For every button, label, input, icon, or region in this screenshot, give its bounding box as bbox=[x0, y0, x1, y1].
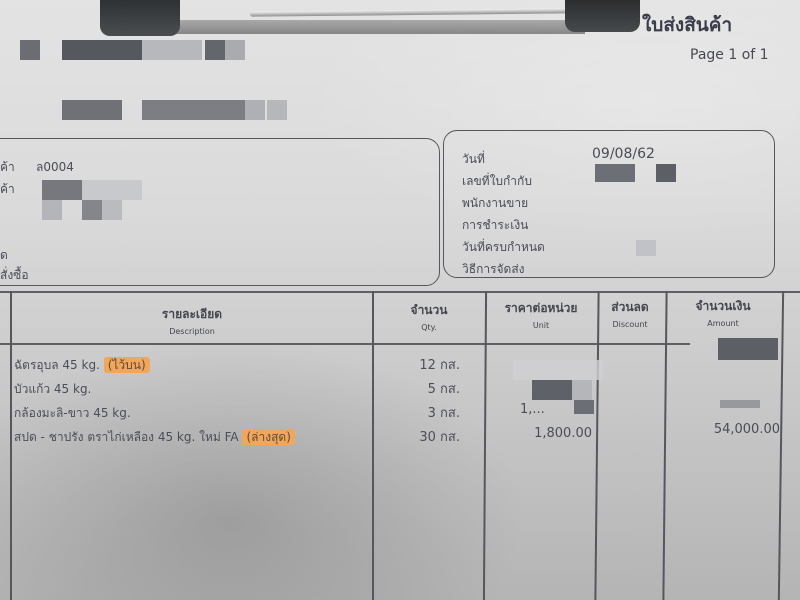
redacted-amount bbox=[720, 400, 760, 408]
redacted-address bbox=[62, 100, 122, 120]
item-qty: 30 กส. bbox=[390, 426, 460, 447]
redacted-invoice-number bbox=[656, 164, 676, 182]
binder-clip-left bbox=[100, 0, 180, 36]
invoice-number-label: เลขที่ใบกำกับ bbox=[462, 172, 532, 191]
item-amount: 54,000.00 bbox=[680, 422, 780, 437]
item-unit-price: 1,800.00 bbox=[500, 426, 592, 441]
table-header-bottom-border bbox=[0, 343, 690, 345]
header-unit-en: Unit bbox=[486, 321, 596, 330]
redacted-unit-price bbox=[513, 360, 603, 380]
item-description: บัวแก้ว 45 kg. bbox=[14, 382, 91, 396]
table-row-description: ฉัตรอุบล 45 kg. (ไว้บน) bbox=[14, 356, 150, 375]
item-qty: 3 กส. bbox=[390, 402, 460, 423]
redacted-unit-price bbox=[572, 380, 592, 400]
table-row-description: สปด - ชาปรัง ตราไก่เหลือง 45 kg. ใหม่ FA… bbox=[14, 428, 295, 447]
document-title: ใบส่งสินค้า bbox=[642, 10, 732, 40]
header-unit: ราคาต่อหน่วย Unit bbox=[486, 299, 596, 330]
redacted-customer-name bbox=[82, 180, 142, 200]
header-unit-th: ราคาต่อหน่วย bbox=[486, 299, 596, 318]
redacted-company-name bbox=[142, 40, 202, 60]
payment-label: การชำระเงิน bbox=[462, 216, 528, 235]
item-description: ฉัตรอุบล 45 kg. bbox=[14, 358, 100, 372]
header-description-th: รายละเอียด bbox=[12, 305, 372, 324]
item-qty: 12 กส. bbox=[390, 354, 460, 375]
header-qty-th: จำนวน bbox=[374, 301, 484, 320]
header-amount: จำนวนเงิน Amount bbox=[666, 297, 780, 328]
table-col-divider bbox=[10, 291, 12, 600]
date-value: 09/08/62 bbox=[592, 146, 655, 162]
redacted-company-name bbox=[20, 40, 40, 60]
table-top-border bbox=[0, 291, 800, 293]
item-qty: 5 กส. bbox=[390, 378, 460, 399]
customer-name-label: ค้า bbox=[0, 180, 15, 199]
header-discount: ส่วนลด Discount bbox=[597, 298, 663, 329]
item-note-highlight: (ไว้บน) bbox=[104, 357, 150, 373]
customer-code-value: ล0004 bbox=[36, 158, 74, 177]
redacted-address bbox=[142, 100, 247, 120]
binder-clip-right bbox=[565, 0, 640, 32]
page-number: Page 1 of 1 bbox=[690, 47, 769, 63]
redacted-unit-price bbox=[574, 400, 594, 414]
redacted-unit-price bbox=[532, 380, 572, 400]
table-row-description: กล้องมะลิ-ขาว 45 kg. bbox=[14, 404, 131, 423]
due-date-label: วันที่ครบกำหนด bbox=[462, 238, 545, 257]
item-description: สปด - ชาปรัง ตราไก่เหลือง 45 kg. ใหม่ FA bbox=[14, 430, 239, 444]
redacted-customer-name bbox=[42, 180, 82, 200]
table-row-description: บัวแก้ว 45 kg. bbox=[14, 380, 91, 399]
redacted-company-name bbox=[62, 40, 142, 60]
redacted-amount bbox=[718, 338, 778, 360]
order-label: สั่งซื้อ bbox=[0, 266, 29, 285]
header-amount-th: จำนวนเงิน bbox=[666, 297, 780, 316]
header-qty-en: Qty. bbox=[374, 323, 484, 332]
customer-code-label: ค้า bbox=[0, 158, 15, 177]
item-unit-price: 1,... bbox=[520, 402, 566, 417]
header-discount-th: ส่วนลด bbox=[597, 298, 663, 317]
item-description: กล้องมะลิ-ขาว 45 kg. bbox=[14, 406, 131, 420]
header-amount-en: Amount bbox=[666, 319, 780, 328]
redacted-company-name bbox=[225, 40, 245, 60]
header-discount-en: Discount bbox=[597, 320, 663, 329]
redacted-customer-address bbox=[82, 200, 102, 220]
customer-field-label: ด bbox=[0, 246, 8, 265]
redacted-due-date bbox=[636, 240, 656, 256]
redacted-address bbox=[267, 100, 287, 120]
redacted-customer-address bbox=[42, 200, 62, 220]
binder-clip-plate bbox=[175, 20, 585, 34]
header-description: รายละเอียด Description bbox=[12, 305, 372, 336]
date-label: วันที่ bbox=[462, 150, 485, 169]
table-col-divider bbox=[372, 291, 374, 600]
salesperson-label: พนักงานขาย bbox=[462, 194, 528, 213]
shipping-method-label: วิธีการจัดส่ง bbox=[462, 260, 525, 279]
redacted-invoice-number bbox=[595, 164, 635, 182]
header-qty: จำนวน Qty. bbox=[374, 301, 484, 332]
redacted-address bbox=[245, 100, 265, 120]
item-note-highlight: (ล่างสุด) bbox=[242, 429, 294, 445]
redacted-company-name bbox=[205, 40, 225, 60]
header-description-en: Description bbox=[12, 327, 372, 336]
redacted-customer-address bbox=[102, 200, 122, 220]
